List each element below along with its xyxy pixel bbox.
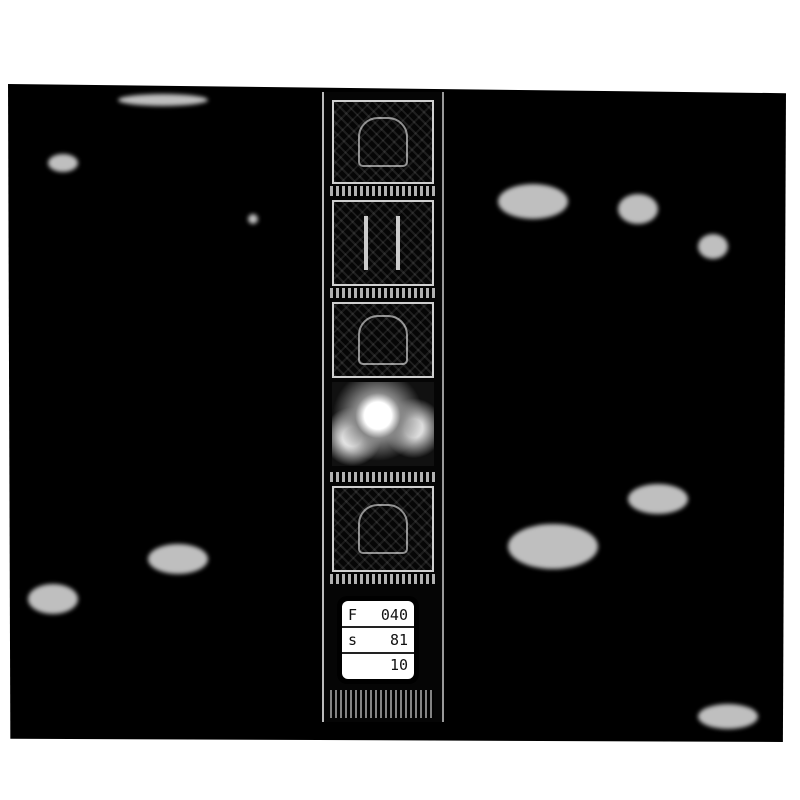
spine-panel-ornament-middle (332, 302, 434, 378)
crown-ornament-icon (358, 315, 408, 365)
wear-spot (618, 194, 658, 224)
call-number-label: F 040 s 81 10 (337, 596, 419, 684)
spine-panel-worn (332, 382, 434, 466)
wear-spot (28, 584, 78, 614)
wear-spot (48, 154, 78, 172)
wear-spot (148, 544, 208, 574)
wear-spot (248, 214, 258, 224)
call-number-row: s 81 (342, 628, 414, 653)
wear-spot (628, 484, 688, 514)
spine-panel-title (332, 200, 434, 286)
spine-band (330, 574, 436, 584)
call-number-row: F 040 (342, 603, 414, 628)
spine-band (330, 288, 436, 298)
crown-ornament-icon (358, 117, 408, 167)
spine-tail-decoration (330, 690, 434, 718)
wear-spot (118, 94, 208, 106)
wear-spot (498, 184, 568, 219)
wear-spot (698, 704, 758, 729)
spine-band (330, 472, 436, 482)
spine-panel-ornament-top (332, 100, 434, 184)
wear-spot (698, 234, 728, 259)
crown-ornament-icon (358, 504, 408, 554)
spine-band (330, 186, 436, 196)
call-number-row: 10 (342, 654, 414, 677)
spine-panel-ornament-bottom (332, 486, 434, 572)
wear-spot (508, 524, 598, 569)
